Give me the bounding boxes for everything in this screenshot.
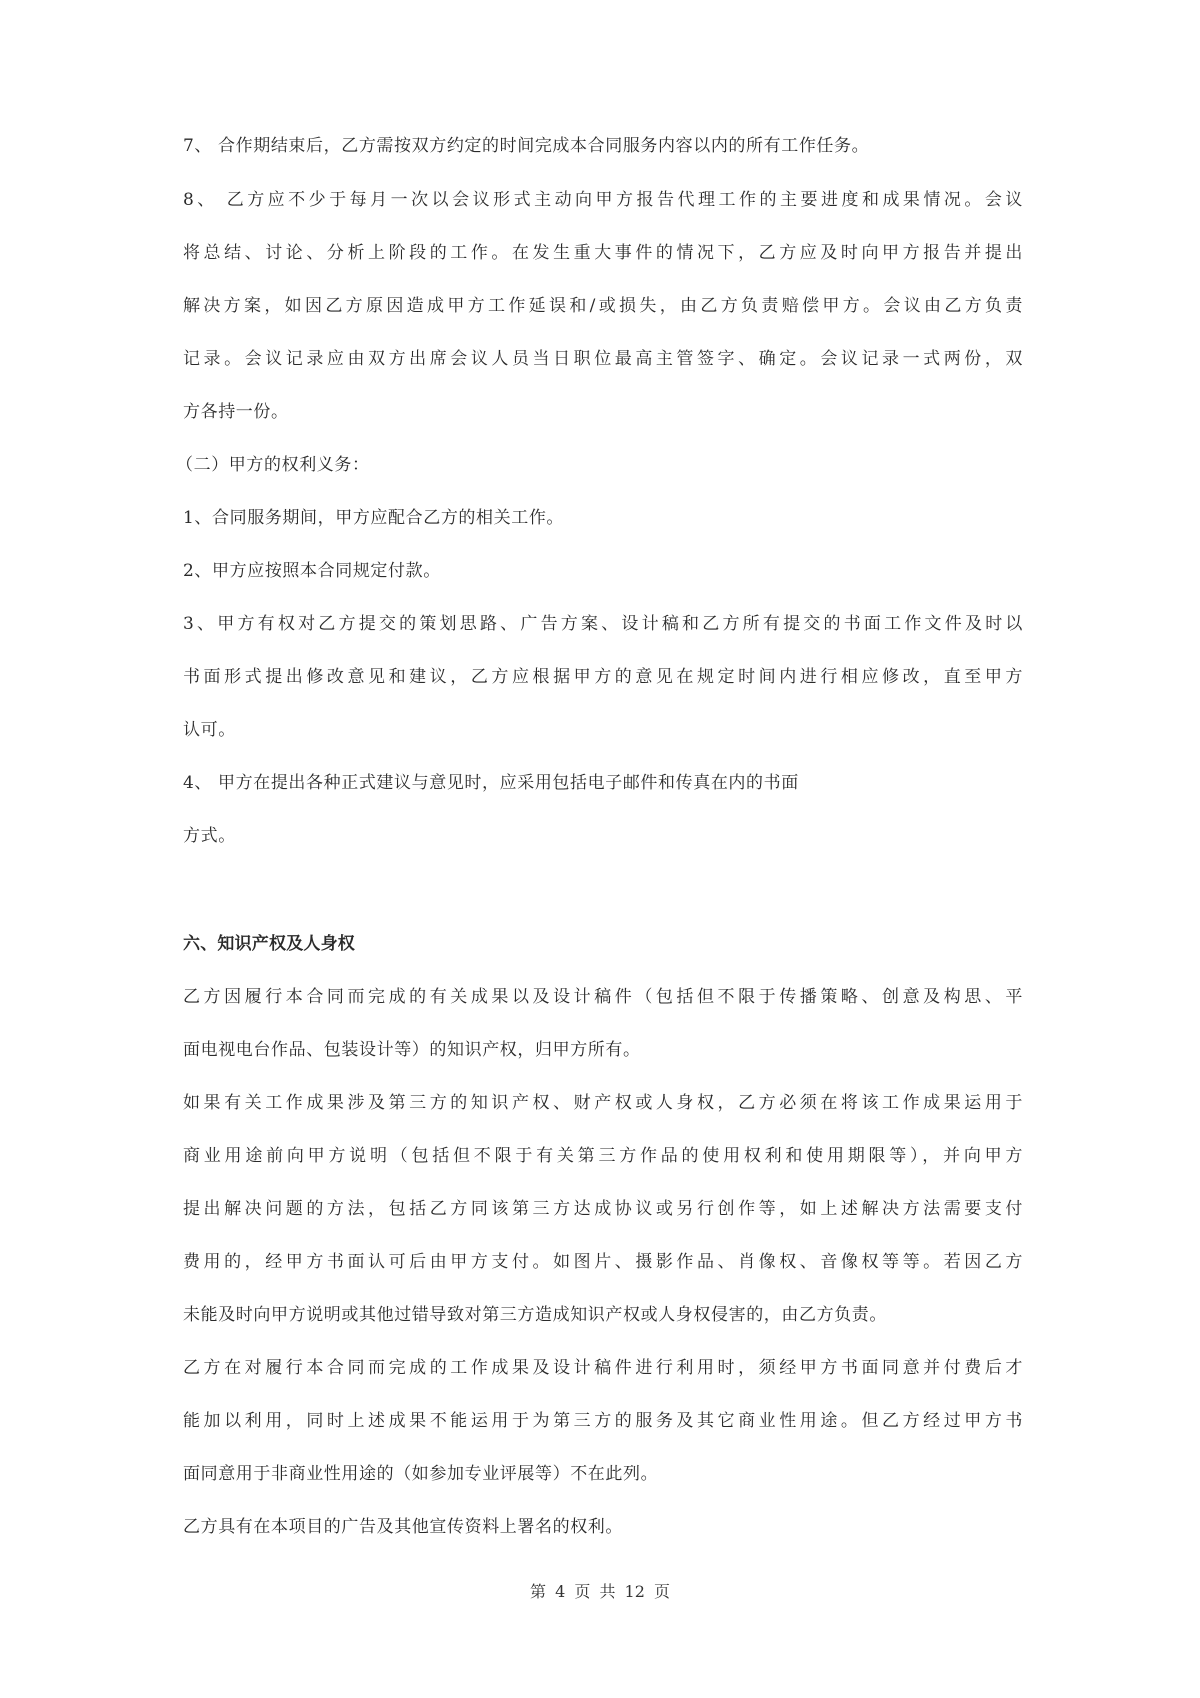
ip-paragraph-2-line-3: 提出解决问题的方法，包括乙方同该第三方达成协议或另行创作等，如上述解决方法需要支… xyxy=(183,1198,1023,1220)
ip-paragraph-2-line-2: 商业用途前向甲方说明（包括但不限于有关第三方作品的使用权利和使用期限等），并向甲… xyxy=(183,1145,1023,1167)
ip-paragraph-3-line-2: 能加以利用，同时上述成果不能运用于为第三方的服务及其它商业性用途。但乙方经过甲方… xyxy=(183,1410,1023,1432)
ip-paragraph-3-line-1: 乙方在对履行本合同而完成的工作成果及设计稿件进行利用时，须经甲方书面同意并付费后… xyxy=(183,1357,1023,1379)
ip-paragraph-1-line-1: 乙方因履行本合同而完成的有关成果以及设计稿件（包括但不限于传播策略、创意及构思、… xyxy=(183,986,1023,1008)
page-number-footer: 第 4 页 共 12 页 xyxy=(0,1582,1200,1602)
section-heading-ip-rights: 六、知识产权及人身权 xyxy=(183,933,355,955)
ip-paragraph-4: 乙方具有在本项目的广告及其他宣传资料上署名的权利。 xyxy=(183,1516,623,1538)
clause-8-line-4: 记录。会议记录应由双方出席会议人员当日职位最高主管签字、确定。会议记录一式两份，… xyxy=(183,348,1023,370)
party-a-clause-3-line-3: 认可。 xyxy=(183,719,236,741)
ip-paragraph-3-line-3: 面同意用于非商业性用途的（如参加专业评展等）不在此列。 xyxy=(183,1463,658,1485)
clause-8-line-3: 解决方案，如因乙方原因造成甲方工作延误和/或损失，由乙方负责赔偿甲方。会议由乙方… xyxy=(183,295,1023,317)
party-a-clause-1: 1、合同服务期间，甲方应配合乙方的相关工作。 xyxy=(183,507,564,529)
ip-paragraph-2-line-5: 未能及时向甲方说明或其他过错导致对第三方造成知识产权或人身权侵害的，由乙方负责。 xyxy=(183,1304,887,1326)
party-a-clause-2: 2、甲方应按照本合同规定付款。 xyxy=(183,560,441,582)
party-a-clause-4-line-1: 4、 甲方在提出各种正式建议与意见时，应采用包括电子邮件和传真在内的书面 xyxy=(183,772,799,794)
party-a-clause-3-line-2: 书面形式提出修改意见和建议，乙方应根据甲方的意见在规定时间内进行相应修改，直至甲… xyxy=(183,666,1023,688)
ip-paragraph-2-line-4: 费用的，经甲方书面认可后由甲方支付。如图片、摄影作品、肖像权、音像权等等。若因乙… xyxy=(183,1251,1023,1273)
party-a-clause-4-line-2: 方式。 xyxy=(183,825,236,847)
subsection-title-party-a-rights: （二）甲方的权利义务： xyxy=(176,454,370,476)
clause-8-line-5: 方各持一份。 xyxy=(183,401,289,423)
clause-8-line-1: 8、 乙方应不少于每月一次以会议形式主动向甲方报告代理工作的主要进度和成果情况。… xyxy=(183,189,1023,211)
clause-8-line-2: 将总结、讨论、分析上阶段的工作。在发生重大事件的情况下，乙方应及时向甲方报告并提… xyxy=(183,242,1023,264)
party-a-clause-3-line-1: 3、甲方有权对乙方提交的策划思路、广告方案、设计稿和乙方所有提交的书面工作文件及… xyxy=(183,613,1023,635)
clause-7: 7、 合作期结束后，乙方需按双方约定的时间完成本合同服务内容以内的所有工作任务。 xyxy=(183,135,869,157)
ip-paragraph-2-line-1: 如果有关工作成果涉及第三方的知识产权、财产权或人身权，乙方必须在将该工作成果运用… xyxy=(183,1092,1023,1114)
ip-paragraph-1-line-2: 面电视电台作品、包装设计等）的知识产权，归甲方所有。 xyxy=(183,1039,641,1061)
document-page: 7、 合作期结束后，乙方需按双方约定的时间完成本合同服务内容以内的所有工作任务。… xyxy=(0,0,1200,1698)
